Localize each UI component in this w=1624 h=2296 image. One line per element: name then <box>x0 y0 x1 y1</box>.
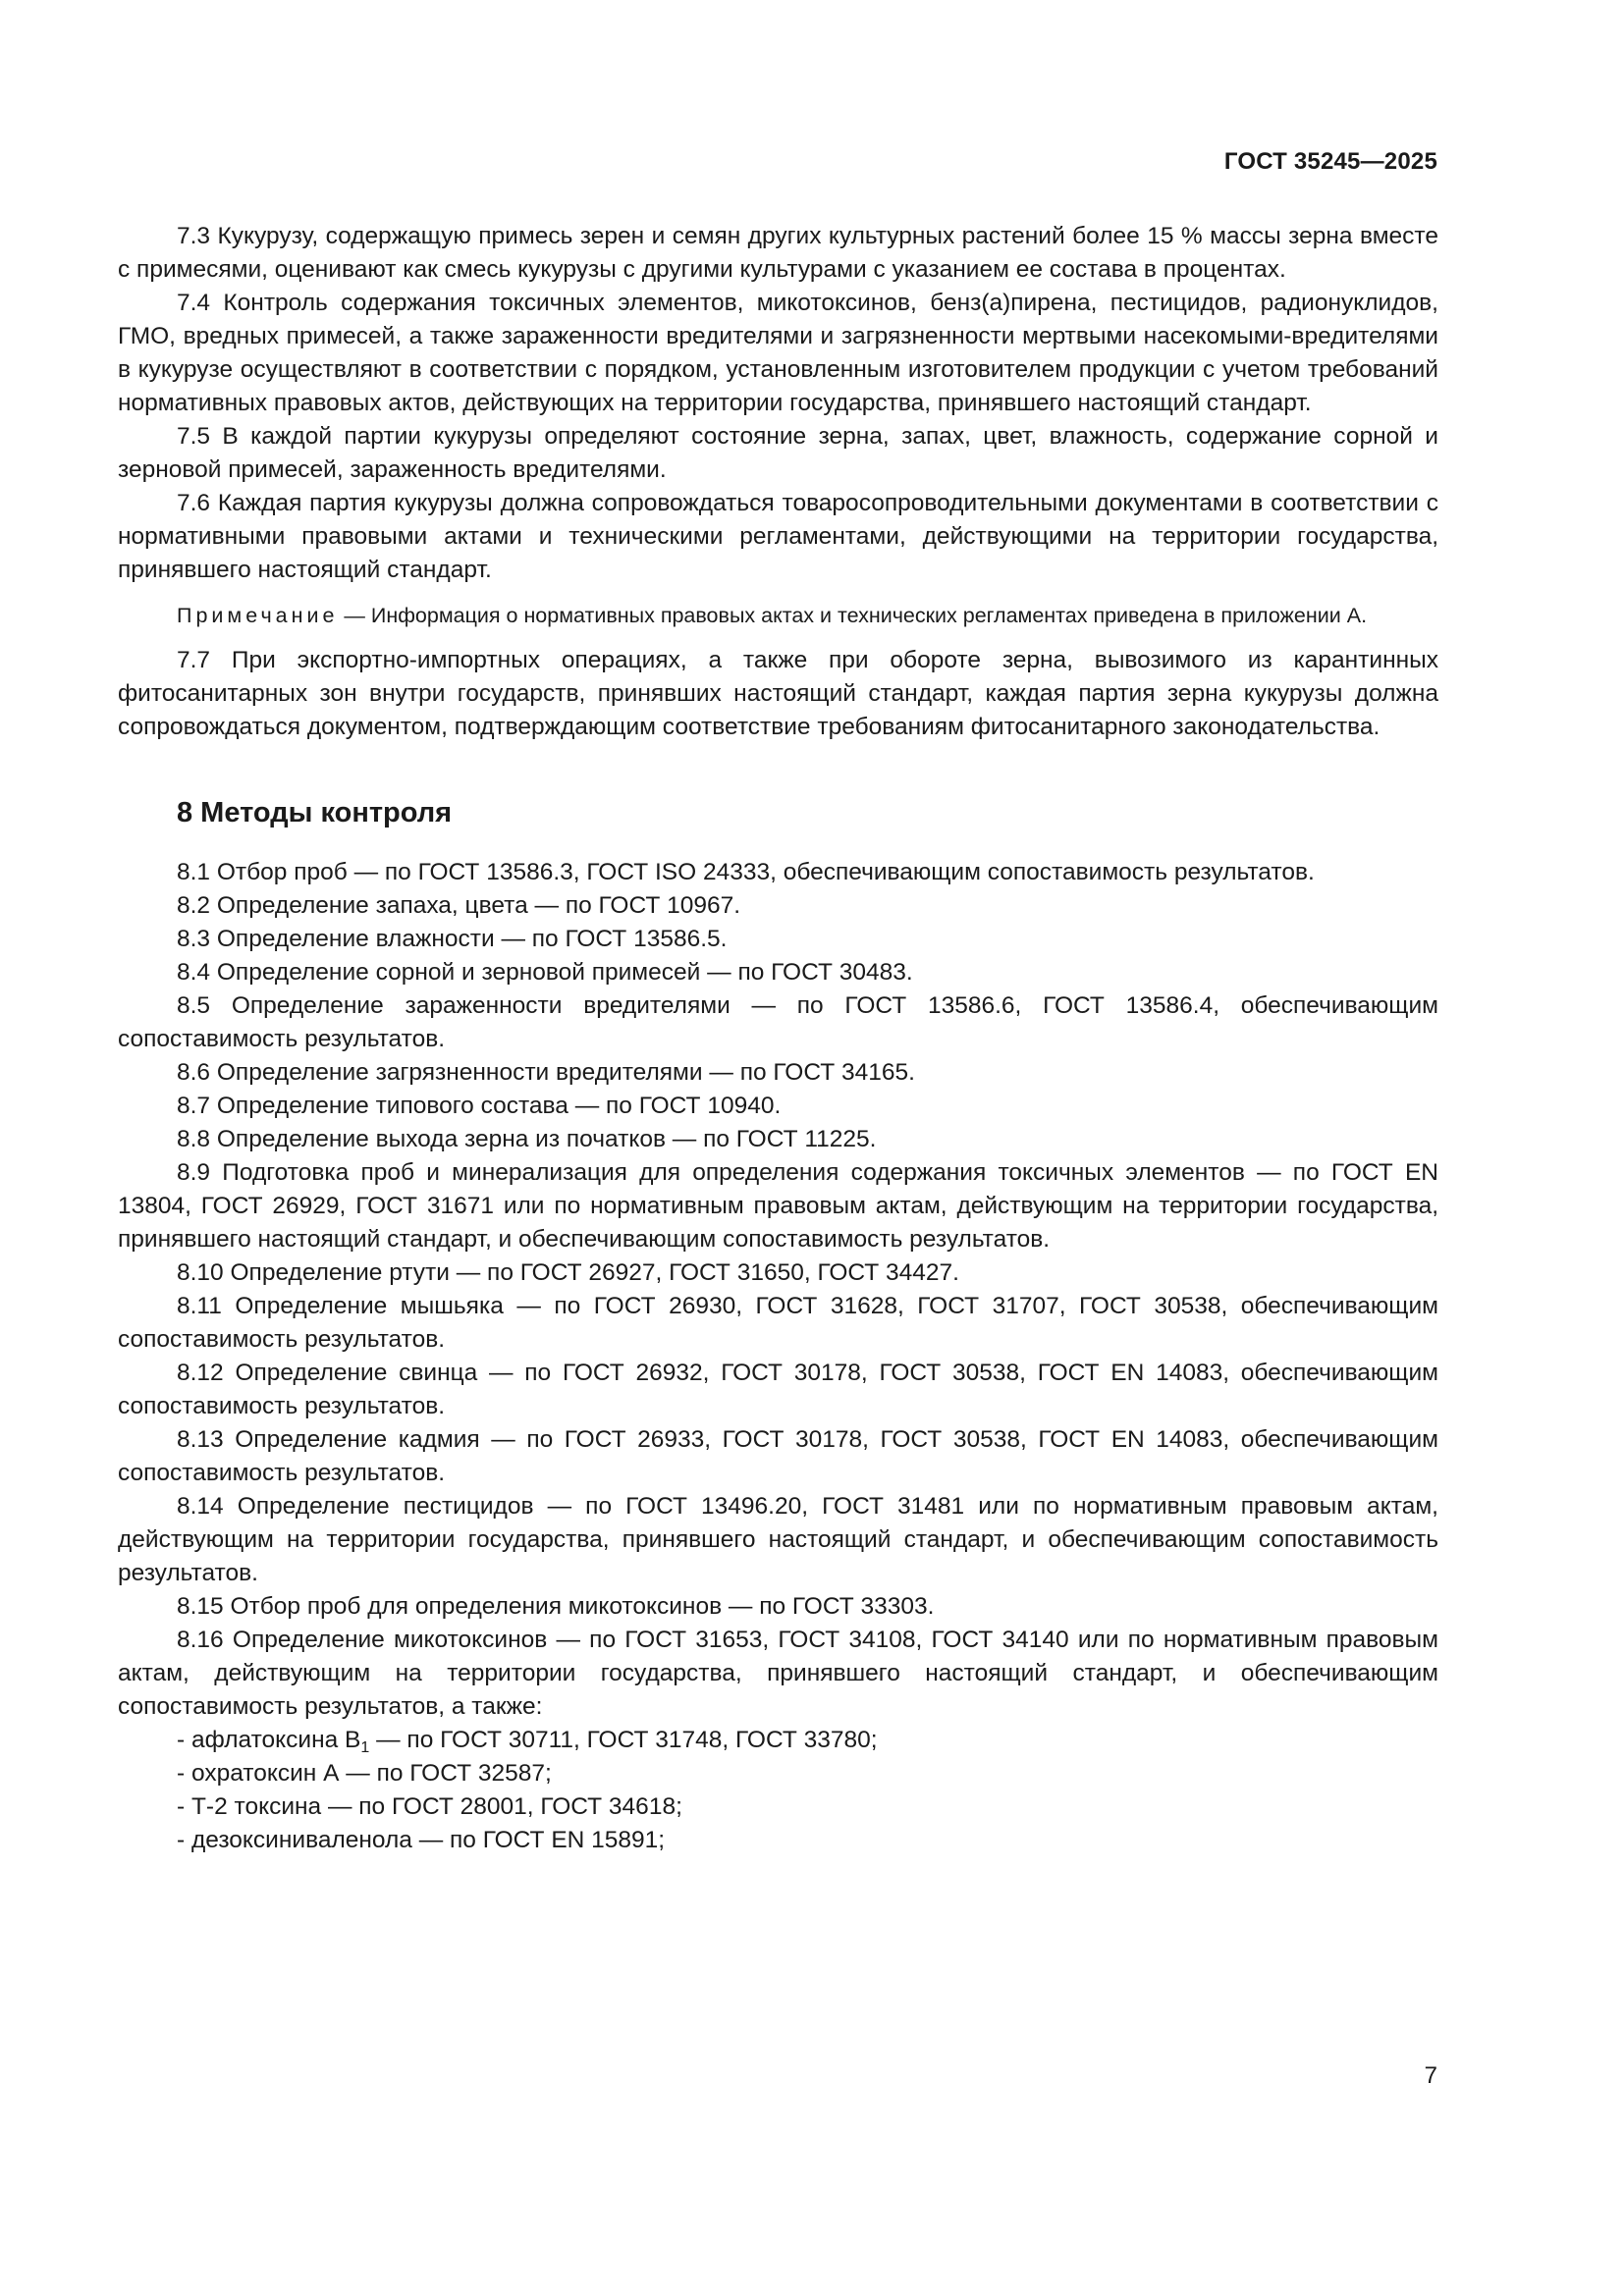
paragraph-8-11: 8.11 Определение мышьяка — по ГОСТ 26930… <box>118 1290 1438 1357</box>
paragraph-7-4: 7.4 Контроль содержания токсичных элемен… <box>118 287 1438 420</box>
paragraph-8-16: 8.16 Определение микотоксинов — по ГОСТ … <box>118 1624 1438 1724</box>
document-code: ГОСТ 35245—2025 <box>1224 148 1437 176</box>
paragraph-8-12: 8.12 Определение свинца — по ГОСТ 26932,… <box>118 1357 1438 1423</box>
page-content: 7.3 Кукурузу, содержащую примесь зерен и… <box>118 220 1438 1857</box>
paragraph-8-14: 8.14 Определение пестицидов — по ГОСТ 13… <box>118 1490 1438 1590</box>
paragraph-8-2: 8.2 Определение запаха, цвета — по ГОСТ … <box>118 889 1438 923</box>
paragraph-8-10: 8.10 Определение ртути — по ГОСТ 26927, … <box>118 1256 1438 1290</box>
paragraph-8-7: 8.7 Определение типового состава — по ГО… <box>118 1090 1438 1123</box>
paragraph-7-6: 7.6 Каждая партия кукурузы должна сопров… <box>118 487 1438 587</box>
paragraph-8-3: 8.3 Определение влажности — по ГОСТ 1358… <box>118 923 1438 956</box>
section8-paragraphs: 8.1 Отбор проб — по ГОСТ 13586.3, ГОСТ I… <box>118 856 1438 1724</box>
paragraph-7-3: 7.3 Кукурузу, содержащую примесь зерен и… <box>118 220 1438 287</box>
paragraph-7-5: 7.5 В каждой партии кукурузы определяют … <box>118 420 1438 487</box>
list-item: - Т-2 токсина — по ГОСТ 28001, ГОСТ 3461… <box>118 1790 1438 1824</box>
note-label: Примечание <box>177 604 338 627</box>
paragraph-8-13: 8.13 Определение кадмия — по ГОСТ 26933,… <box>118 1423 1438 1490</box>
paragraph-8-9: 8.9 Подготовка проб и минерализация для … <box>118 1156 1438 1256</box>
section-heading: 8 Методы контроля <box>177 795 1438 830</box>
paragraph-8-8: 8.8 Определение выхода зерна из початков… <box>118 1123 1438 1156</box>
paragraph-8-6: 8.6 Определение загрязненности вредителя… <box>118 1056 1438 1090</box>
list-item: - охратоксин А — по ГОСТ 32587; <box>118 1757 1438 1790</box>
list-item: - дезоксиниваленола — по ГОСТ EN 15891; <box>118 1824 1438 1857</box>
paragraph-8-5: 8.5 Определение зараженности вредителями… <box>118 989 1438 1056</box>
list-item: - афлатоксина B1 — по ГОСТ 30711, ГОСТ 3… <box>118 1724 1438 1757</box>
note-text: — Информация о нормативных правовых акта… <box>338 604 1367 627</box>
paragraph-8-4: 8.4 Определение сорной и зерновой примес… <box>118 956 1438 989</box>
paragraph-8-15: 8.15 Отбор проб для определения микотокс… <box>118 1590 1438 1624</box>
note: Примечание — Информация о нормативных пр… <box>118 601 1438 630</box>
paragraph-7-7: 7.7 При экспортно-импортных операциях, а… <box>118 644 1438 744</box>
paragraph-8-1: 8.1 Отбор проб — по ГОСТ 13586.3, ГОСТ I… <box>118 856 1438 889</box>
page-number: 7 <box>1425 2062 1437 2090</box>
mycotoxin-list: - афлатоксина B1 — по ГОСТ 30711, ГОСТ 3… <box>118 1724 1438 1857</box>
